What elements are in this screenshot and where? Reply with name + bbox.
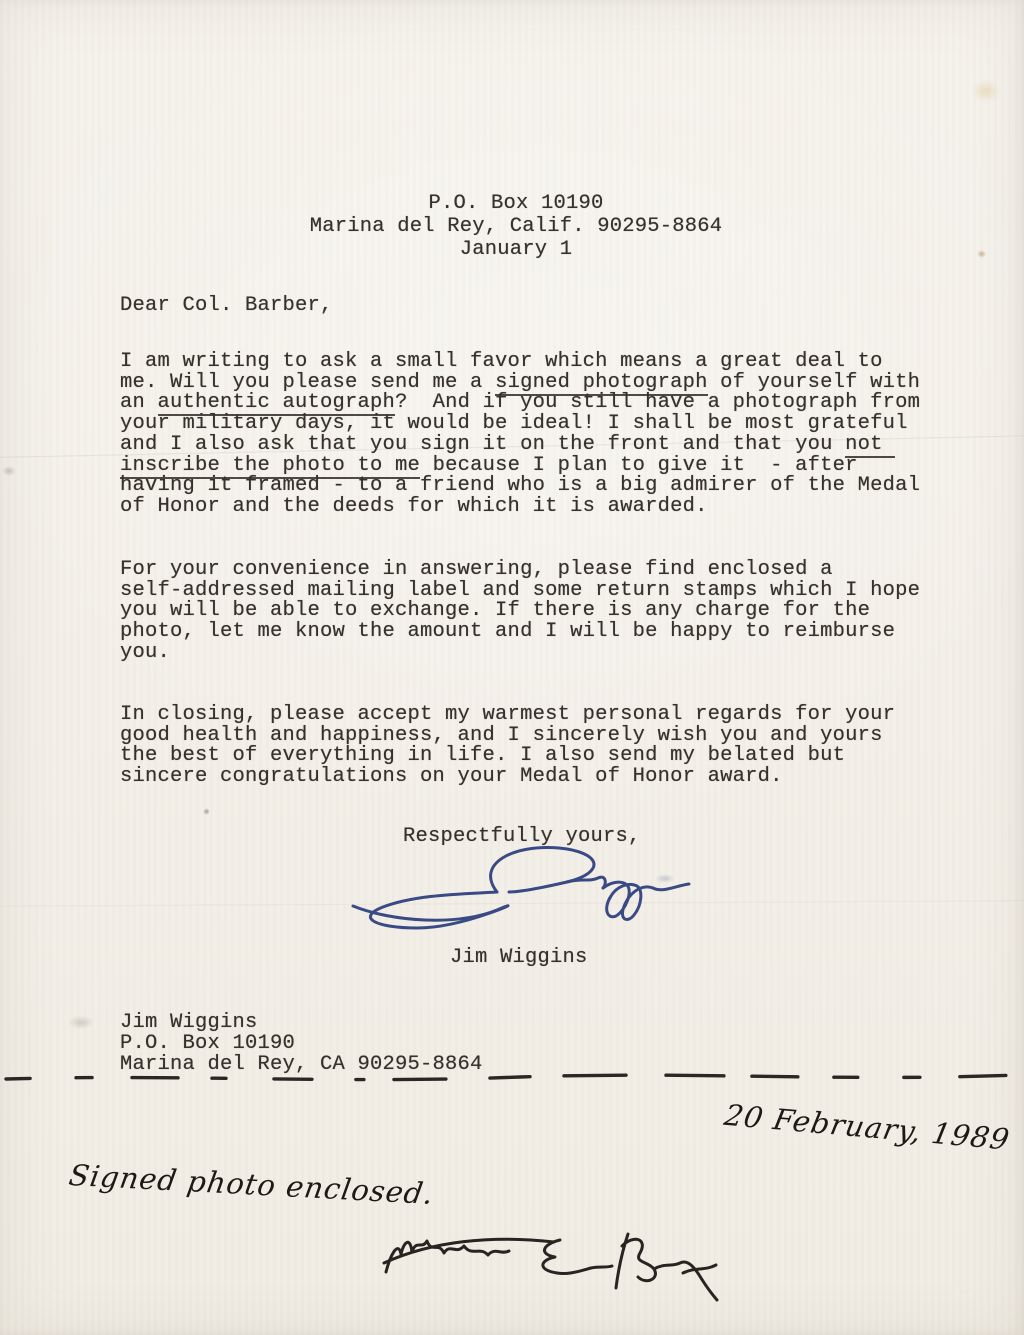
paragraph-1: I am writing to ask a small favor which … xyxy=(120,352,920,518)
paper-smudge xyxy=(68,1016,94,1029)
letter-page: P.O. Box 10190Marina del Rey, Calif. 902… xyxy=(0,0,1024,1335)
letter-line: good health and happiness, and I sincere… xyxy=(120,726,895,747)
letter-line: and I also ask that you sign it on the f… xyxy=(120,435,920,456)
letter-line: having it framed - to a friend who is a … xyxy=(120,476,920,497)
letter-line: the best of everything in life. I also s… xyxy=(120,746,895,767)
paper-speck xyxy=(2,466,16,476)
letter-line: I am writing to ask a small favor which … xyxy=(120,352,920,373)
letter-line: Jim Wiggins xyxy=(120,1012,483,1033)
paragraph-2: For your convenience in answering, pleas… xyxy=(120,560,920,664)
paragraph-3: In closing, please accept my warmest per… xyxy=(120,705,895,788)
salutation: Dear Col. Barber, xyxy=(120,296,333,317)
letter-line: photo, let me know the amount and I will… xyxy=(120,622,920,643)
paper-stain xyxy=(972,80,1000,102)
letter-line: me. Will you please send me a signed pho… xyxy=(120,373,920,394)
handwritten-date-note: 20 February, 1989 xyxy=(721,1098,1012,1156)
letter-line: of Honor and the deeds for which it is a… xyxy=(120,497,920,518)
letter-line: inscribe the photo to me because I plan … xyxy=(120,456,920,477)
letter-line: self-addressed mailing label and some re… xyxy=(120,581,920,602)
letter-line: In closing, please accept my warmest per… xyxy=(120,705,895,726)
letter-line: an authentic autograph? And if you still… xyxy=(120,393,920,414)
letter-heading-address: P.O. Box 10190Marina del Rey, Calif. 902… xyxy=(4,193,1024,261)
letter-line: your military days, it would be ideal! I… xyxy=(120,414,920,435)
letter-line: you. xyxy=(120,643,920,664)
wiggins-signature xyxy=(345,842,697,942)
letter-line: sincere congratulations on your Medal of… xyxy=(120,767,895,788)
letter-line: P.O. Box 10190 xyxy=(120,1033,483,1054)
handwritten-photo-note: Signed photo enclosed. xyxy=(67,1158,437,1211)
letter-line: you will be able to exchange. If there i… xyxy=(120,601,920,622)
barber-signature xyxy=(380,1212,720,1307)
letter-line: January 1 xyxy=(4,239,1024,262)
divider-dashed-line xyxy=(0,1066,1024,1092)
paper-speck xyxy=(203,808,210,815)
typed-signature-name: Jim Wiggins xyxy=(450,948,588,969)
letter-line: For your convenience in answering, pleas… xyxy=(120,560,920,581)
letter-line: Marina del Rey, Calif. 90295-8864 xyxy=(4,216,1024,239)
letter-line: P.O. Box 10190 xyxy=(4,193,1024,216)
